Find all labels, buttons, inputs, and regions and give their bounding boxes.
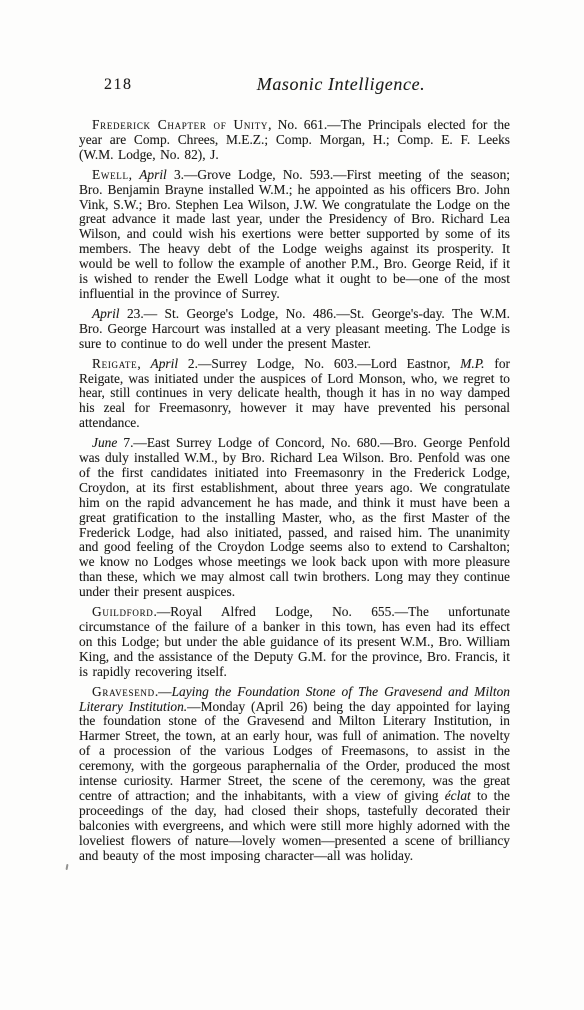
text-segment-normal: 2.—Surrey Lodge, No. 603.—Lord Eastnor,: [178, 356, 460, 371]
paragraph-st-georges-lodge: April 23.— St. George's Lodge, No. 486.—…: [79, 307, 510, 352]
page-header: 218 Masonic Intelligence.: [79, 74, 510, 98]
text-segment-smallcaps: Ewell: [92, 167, 129, 182]
paragraph-east-surrey-lodge-of-concord: June 7.—East Surrey Lodge of Concord, No…: [79, 436, 510, 600]
text-segment-normal: 3.—Grove Lodge, No. 593.—First meeting o…: [79, 167, 510, 301]
paragraph-frederick-chapter-of-unity: Frederick Chapter of Unity, No. 661.—The…: [79, 118, 510, 163]
paragraph-guildford-royal-alfred-lodge: Guildford.—Royal Alfred Lodge, No. 655.—…: [79, 605, 510, 680]
text-segment-normal: ,: [129, 167, 140, 182]
text-segment-smallcaps: Gravesend: [92, 684, 155, 699]
text-segment-smallcaps: Frederick Chapter of Unity: [92, 117, 268, 132]
text-segment-normal: 7.—East Surrey Lodge of Concord, No. 680…: [79, 435, 510, 599]
page-number: 218: [104, 76, 133, 94]
text-segment-italic: M.P.: [460, 356, 484, 371]
paragraph-gravesend-foundation-stone: Gravesend.—Laying the Foundation Stone o…: [79, 685, 510, 864]
running-title: Masonic Intelligence.: [257, 74, 426, 95]
text-segment-italic: éclat: [445, 788, 471, 803]
text-segment-normal: .—: [155, 684, 172, 699]
text-segment-normal: ,: [137, 356, 150, 371]
text-segment-italic: June: [92, 435, 117, 450]
scan-speck-artifact: [65, 864, 68, 870]
text-segment-smallcaps: Reigate: [92, 356, 137, 371]
text-segment-italic: April: [139, 167, 167, 182]
paragraph-reigate-surrey-lodge: Reigate, April 2.—Surrey Lodge, No. 603.…: [79, 357, 510, 432]
text-segment-italic: April: [92, 306, 120, 321]
scanned-book-page: 218 Masonic Intelligence. Frederick Chap…: [0, 0, 584, 1010]
text-segment-italic: April: [151, 356, 179, 371]
text-segment-smallcaps: Guildford: [92, 604, 153, 619]
paragraph-ewell-grove-lodge: Ewell, April 3.—Grove Lodge, No. 593.—Fi…: [79, 168, 510, 302]
article-body: Frederick Chapter of Unity, No. 661.—The…: [79, 118, 510, 864]
text-segment-normal: 23.— St. George's Lodge, No. 486.—St. Ge…: [79, 306, 510, 351]
